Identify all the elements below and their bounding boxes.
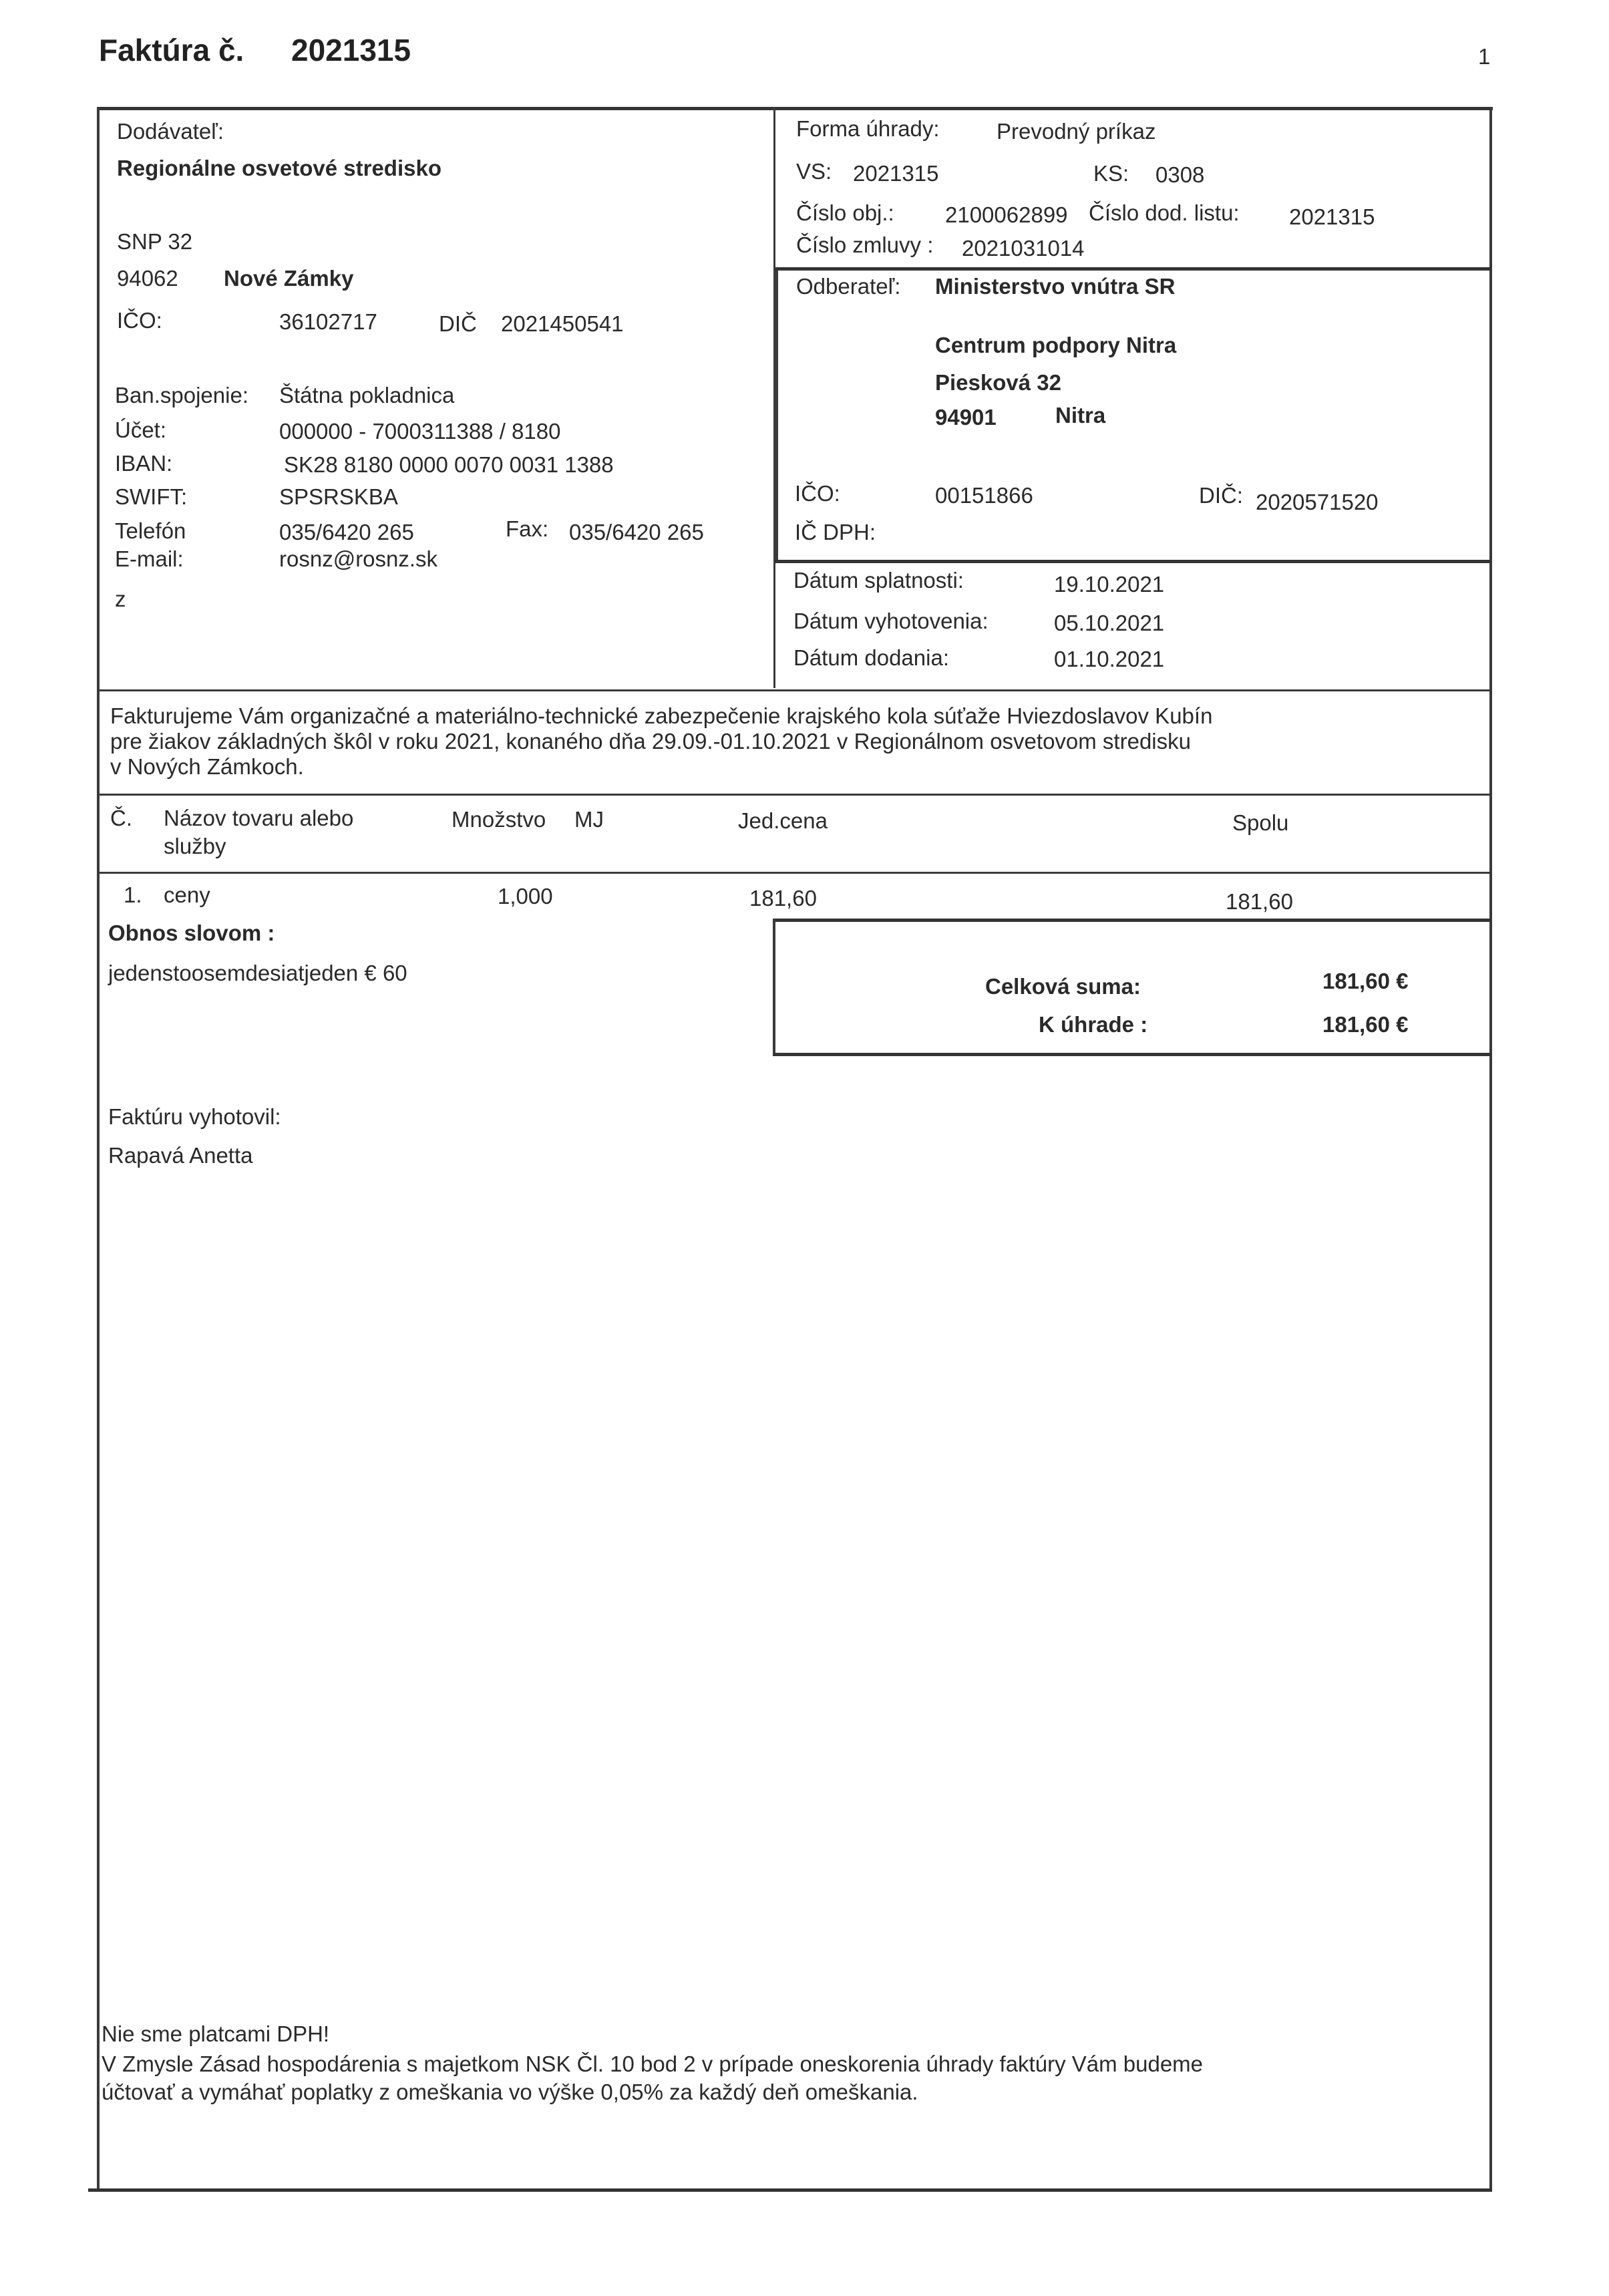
supplier-dic: 2021450541 <box>501 313 624 335</box>
customer-ico: 00151866 <box>935 484 1033 506</box>
iban-label: IBAN: <box>115 452 172 474</box>
row-total: 181,60 <box>1226 890 1293 913</box>
customer-name: Ministerstvo vnútra SR <box>935 275 1175 297</box>
delivery-date: 01.10.2021 <box>1054 648 1164 670</box>
iban-value: SK28 8180 0000 0070 0031 1388 <box>284 454 614 476</box>
contract-value: 2021031014 <box>962 237 1085 259</box>
customer-city: Nitra <box>1055 404 1105 426</box>
vs-label: VS: <box>796 160 832 182</box>
customer-dic-label: DIČ: <box>1199 484 1243 506</box>
col-unit-price-header: Jed.cena <box>738 810 828 832</box>
ks-label: KS: <box>1093 162 1129 184</box>
terms-line-2: účtovať a vymáhať poplatky z omeškania v… <box>102 2081 918 2103</box>
total-sum-label: Celková suma: <box>985 975 1141 997</box>
description-line-1: Fakturujeme Vám organizačné a materiálno… <box>110 705 1212 727</box>
ks-value: 0308 <box>1155 164 1204 186</box>
phone-value: 035/6420 265 <box>279 521 414 543</box>
swift-label: SWIFT: <box>115 486 187 508</box>
col-qty-header: Množstvo <box>452 808 546 830</box>
customer-zip: 94901 <box>935 406 997 428</box>
fax-value: 035/6420 265 <box>569 521 704 543</box>
amount-in-words-label: Obnos slovom : <box>108 922 275 944</box>
row-unit-price: 181,60 <box>749 887 817 909</box>
customer-ico-label: IČO: <box>795 482 840 504</box>
supplier-label: Dodávateľ: <box>117 120 224 142</box>
amount-due-label: K úhrade : <box>1039 1013 1147 1035</box>
bank-label: Ban.spojenie: <box>115 384 248 406</box>
customer-label: Odberateľ: <box>796 275 900 297</box>
supplier-street: SNP 32 <box>117 230 192 253</box>
amount-in-words: jedenstoosemdesiatjeden € 60 <box>108 962 407 984</box>
order-value: 2100062899 <box>945 204 1068 226</box>
invoice-number: 2021315 <box>291 32 411 68</box>
issue-date: 05.10.2021 <box>1054 612 1164 634</box>
col-name-header-line2: služby <box>164 835 226 857</box>
order-label: Číslo obj.: <box>796 202 894 224</box>
issuer-name: Rapavá Anetta <box>108 1144 253 1166</box>
supplier-dic-label: DIČ <box>439 313 477 335</box>
invoice-title-label: Faktúra č. <box>99 32 244 68</box>
row-qty: 1,000 <box>498 885 553 907</box>
payment-method-label: Forma úhrady: <box>796 118 940 140</box>
row-name: ceny <box>164 884 210 906</box>
delivery-date-label: Dátum dodania: <box>793 647 949 669</box>
issue-date-label: Dátum vyhotovenia: <box>793 610 989 632</box>
terms-line-1: V Zmysle Zásad hospodárenia s majetkom N… <box>102 2053 1203 2075</box>
account-number: 000000 - 7000311388 / 8180 <box>279 420 560 442</box>
row-number: 1. <box>124 884 142 906</box>
email-value: rosnz@rosnz.sk <box>279 548 437 570</box>
due-date-label: Dátum splatnosti: <box>793 569 964 591</box>
customer-line2: Centrum podpory Nitra <box>935 334 1176 356</box>
account-label: Účet: <box>115 419 166 441</box>
customer-dic: 2020571520 <box>1256 491 1379 513</box>
swift-value: SPSRSKBA <box>279 486 398 508</box>
due-date: 19.10.2021 <box>1054 573 1164 595</box>
issuer-label: Faktúru vyhotovil: <box>108 1106 281 1128</box>
customer-street: Piesková 32 <box>935 371 1061 393</box>
payment-method: Prevodný príkaz <box>997 120 1155 142</box>
supplier-name: Regionálne osvetové stredisko <box>117 157 441 179</box>
delivery-note-value: 2021315 <box>1289 206 1375 228</box>
col-total-header: Spolu <box>1232 812 1288 834</box>
email-label: E-mail: <box>115 548 184 570</box>
supplier-zip: 94062 <box>117 267 178 289</box>
customer-icdph-label: IČ DPH: <box>795 521 876 543</box>
phone-label: Telefón <box>115 520 186 542</box>
supplier-city: Nové Zámky <box>224 267 353 289</box>
delivery-note-label: Číslo dod. listu: <box>1089 202 1240 224</box>
col-unit-header: MJ <box>574 808 604 830</box>
supplier-ico-label: IČO: <box>117 309 162 331</box>
col-number-header: Č. <box>110 807 132 829</box>
description-line-3: v Nových Zámkoch. <box>110 756 304 778</box>
page-number: 1 <box>1478 45 1490 67</box>
amount-due: 181,60 € <box>1322 1013 1408 1035</box>
vat-note: Nie sme platcami DPH! <box>102 2023 329 2045</box>
supplier-ico: 36102717 <box>279 311 377 333</box>
supplier-note: z <box>115 588 126 610</box>
vs-value: 2021315 <box>853 162 938 184</box>
bank-name: Štátna pokladnica <box>279 384 454 406</box>
fax-label: Fax: <box>506 518 548 540</box>
col-name-header: Názov tovaru alebo <box>164 807 353 829</box>
description-line-2: pre žiakov základných škôl v roku 2021, … <box>110 730 1191 752</box>
total-sum: 181,60 € <box>1322 970 1408 992</box>
contract-label: Číslo zmluvy : <box>796 234 933 256</box>
